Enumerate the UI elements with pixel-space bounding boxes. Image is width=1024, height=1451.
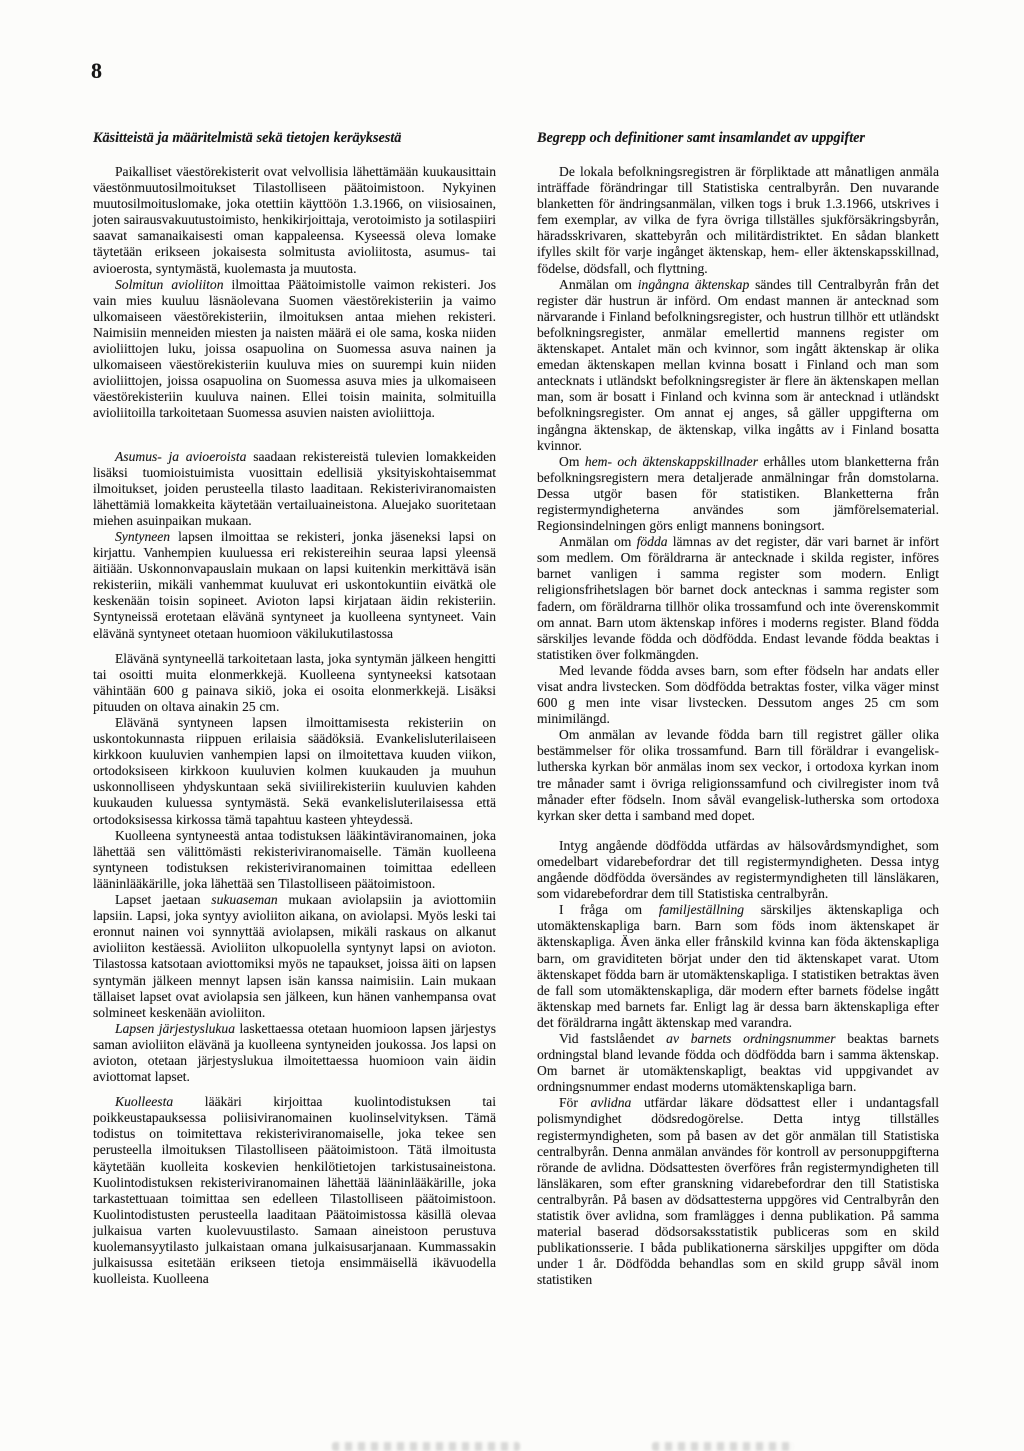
italic-term: Asumus- ja avioeroista	[115, 449, 246, 464]
text-run: De lokala befolkningsregistren är förpli…	[537, 164, 939, 276]
text-run: Lapset jaetaan	[115, 892, 211, 907]
finnish-section-heading: Käsitteistä ja määritelmistä sekä tietoj…	[93, 130, 496, 147]
paragraph: Kuolleena syntyneestä antaa todistuksen …	[93, 828, 496, 892]
paragraph: Vid fastslåendet av barnets ordningsnumm…	[537, 1031, 939, 1095]
paragraph: Om hem- och äktenskappskillnader erhålle…	[537, 454, 939, 534]
text-run: utfärdar läkare dödsattest eller i undan…	[537, 1095, 939, 1287]
italic-term: Lapsen järjestyslukua	[115, 1021, 235, 1036]
paragraph: Solmitun avioliiton ilmoittaa Päätoimist…	[93, 277, 496, 422]
text-run: lääkäri kirjoittaa kuolintodistuksen tai…	[93, 1094, 496, 1286]
italic-term: ingångna äktenskap	[638, 277, 750, 292]
text-run: För	[559, 1095, 591, 1110]
text-run: Vid fastslåendet	[559, 1031, 666, 1046]
paragraph: Lapset jaetaan sukuaseman mukaan aviolap…	[93, 892, 496, 1021]
italic-term: Solmitun avioliiton	[115, 277, 224, 292]
swedish-section-heading: Begrepp och definitioner samt insamlande…	[537, 130, 939, 147]
paragraph: Elävänä syntyneellä tarkoitetaan lasta, …	[93, 651, 496, 715]
scan-artifact	[652, 1442, 794, 1451]
text-run: Kuolleena syntyneestä antaa todistuksen …	[93, 828, 496, 891]
paragraph: Syntyneen lapsen ilmoittaa se rekisteri,…	[93, 529, 496, 642]
text-run: Elävänä syntyneen lapsen ilmoittamisesta…	[93, 715, 496, 827]
scan-artifact	[332, 1442, 520, 1451]
swedish-column: Begrepp och definitioner samt insamlande…	[537, 130, 939, 1288]
text-run: Med levande födda avses barn, som efter …	[537, 663, 939, 726]
paragraph: Kuolleesta lääkäri kirjoittaa kuolintodi…	[93, 1094, 496, 1287]
italic-term: födda	[637, 534, 668, 549]
text-run: särskiljes äktenskapliga och utomäktensk…	[537, 902, 939, 1030]
paragraph: Med levande födda avses barn, som efter …	[537, 663, 939, 727]
italic-term: sukuaseman	[211, 892, 277, 907]
text-run: I fråga om	[559, 902, 659, 917]
italic-term: hem- och äktenskappskillnader	[585, 454, 758, 469]
text-run: Om anmälan av levande födda barn till re…	[537, 727, 939, 822]
paragraph: Anmälan om ingångna äktenskap sändes til…	[537, 277, 939, 454]
paragraph: Lapsen järjestyslukua laskettaessa oteta…	[93, 1021, 496, 1085]
italic-term: Syntyneen	[115, 529, 170, 544]
text-run: Paikalliset väestörekisterit ovat velvol…	[93, 164, 496, 276]
paragraph: Om anmälan av levande födda barn till re…	[537, 727, 939, 824]
text-run: ilmoittaa Päätoimistolle vaimon rekister…	[93, 277, 496, 421]
text-run: Om	[559, 454, 585, 469]
paragraph: De lokala befolkningsregistren är förpli…	[537, 164, 939, 277]
text-run: Anmälan om	[559, 534, 637, 549]
italic-term: familjeställning	[659, 902, 744, 917]
italic-term: av barnets ordningsnummer	[666, 1031, 835, 1046]
text-run: mukaan aviolapsiin ja aviottomiin lapsii…	[93, 892, 496, 1020]
text-run: lapsen ilmoittaa se rekisteri, jonka jäs…	[93, 529, 496, 641]
italic-term: Kuolleesta	[115, 1094, 173, 1109]
text-run: sändes till Centralbyrån från det regist…	[537, 277, 939, 453]
paragraph: Anmälan om födda lämnas av det register,…	[537, 534, 939, 663]
paragraph: Intyg angående dödfödda utfärdas av häls…	[537, 838, 939, 902]
paragraph: Paikalliset väestörekisterit ovat velvol…	[93, 164, 496, 277]
text-run: Elävänä syntyneellä tarkoitetaan lasta, …	[93, 651, 496, 714]
finnish-paragraphs: Paikalliset väestörekisterit ovat velvol…	[93, 164, 496, 1287]
paragraph: I fråga om familjeställning särskiljes ä…	[537, 902, 939, 1031]
paragraph: Asumus- ja avioeroista saadaan rekistere…	[93, 449, 496, 529]
page-number: 8	[91, 58, 102, 84]
text-run: Intyg angående dödfödda utfärdas av häls…	[537, 838, 939, 901]
italic-term: avlidna	[591, 1095, 632, 1110]
paragraph: Elävänä syntyneen lapsen ilmoittamisesta…	[93, 715, 496, 828]
swedish-paragraphs: De lokala befolkningsregistren är förpli…	[537, 164, 939, 1288]
text-run: Anmälan om	[559, 277, 638, 292]
paragraph: För avlidna utfärdar läkare dödsattest e…	[537, 1095, 939, 1288]
text-run: lämnas av det register, där vari barnet …	[537, 534, 939, 662]
finnish-column: Käsitteistä ja määritelmistä sekä tietoj…	[93, 130, 496, 1287]
